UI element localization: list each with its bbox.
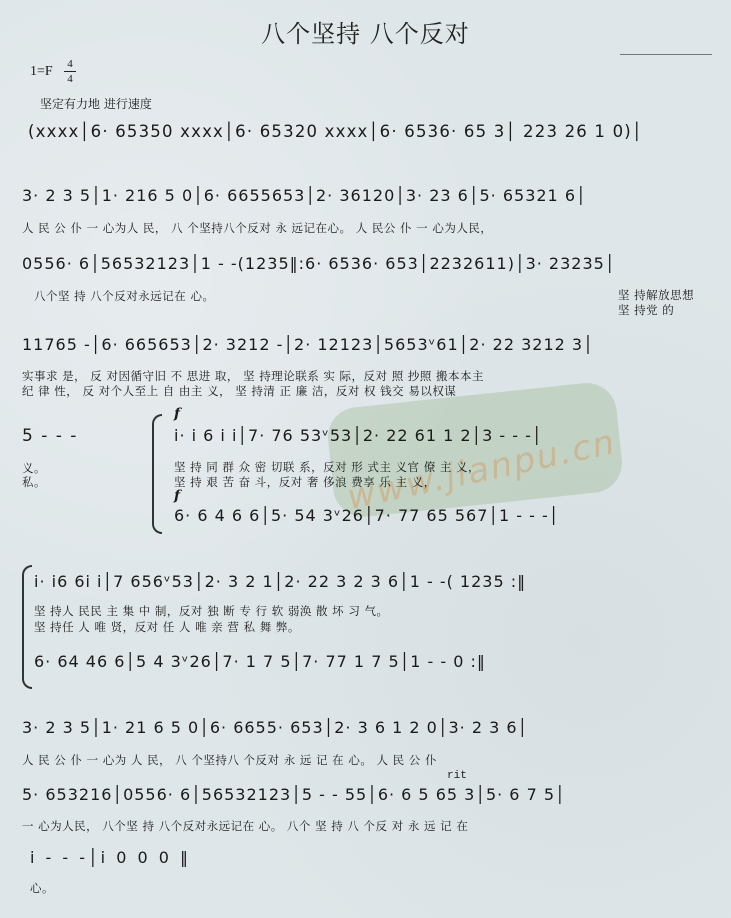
staff-7-notes: 5· 653216│0556· 6│56532123│5 - - 55│6· 6… — [22, 785, 566, 804]
decorative-line — [620, 54, 712, 55]
staff-6-notes: 3· 2 3 5│1· 21 6 5 0│6· 6655· 653│2· 3 6… — [22, 718, 528, 737]
staff-2-notes: 0556· 6│56532123│1 - -(1235‖:6· 6536· 65… — [22, 254, 615, 273]
staff-5-upper-lyrics-2: 坚 持任 人 唯 贤，反对 任 人 唯 亲 营 私 舞 弊。 — [34, 619, 300, 635]
time-signature-top: 4 — [64, 58, 76, 70]
song-title: 八个坚持 八个反对 — [0, 14, 731, 49]
staff-3-lyrics-verse1: 实事求 是， 反 对因循守旧 不 思进 取， 坚 持理论联系 实 际，反对 照 … — [22, 368, 484, 384]
staff-2-lyrics-verse1: 坚 持解放思想 — [618, 287, 694, 303]
staff-7-lyrics: 一 心为人民， 八个坚 持 八个反对永远记在 心。 八个 坚 持 八 个反 对 … — [22, 818, 468, 834]
staff-4-upper-notes: i· i 6 i i│7· 76 53ᵛ53│2· 22 61 1 2│3 - … — [174, 426, 543, 445]
staff-3-lyrics-verse2: 纪 律 性， 反 对个人至上 自 由主 义， 坚 持清 正 廉 洁，反对 权 钱… — [22, 383, 456, 399]
dynamic-forte-upper: f — [174, 406, 180, 422]
tempo-marking: 坚定有力地 进行速度 — [40, 95, 152, 112]
staff-5-lower-notes: 6· 64 46 6│5 4 3ᵛ26│7· 1 7 5│7· 77 1 7 5… — [34, 652, 486, 671]
time-signature-bottom: 4 — [64, 73, 76, 85]
key-signature: 1=F — [30, 64, 53, 80]
staff-1-lyrics: 人 民 公 仆 一 心为人 民， 八 个坚持八个反对 永 远记在心。 人 民公 … — [22, 220, 492, 236]
time-signature: 4 4 — [64, 58, 76, 85]
staff-4-lead-notes: 5 - - - — [22, 426, 78, 446]
part-brace-2 — [22, 565, 32, 689]
time-signature-divider — [64, 71, 76, 72]
staff-2-lyrics-verse2: 坚 持党 的 — [618, 302, 674, 318]
rit-marking: rit — [447, 770, 467, 782]
staff-intro-notes: (xxxx│6· 65350 xxxx│6· 65320 xxxx│6· 653… — [28, 122, 643, 141]
staff-4-lower-notes: 6· 6 4 6 6│5· 54 3ᵛ26│7· 77 65 567│1 - -… — [174, 506, 559, 525]
staff-5-upper-lyrics-1: 坚 持人 民民 主 集 中 制，反对 独 断 专 行 软 弱涣 散 坏 习 气。 — [34, 603, 389, 619]
dynamic-forte-lower: f — [174, 488, 180, 504]
staff-8-notes: i - - -│i 0 0 0 ‖ — [30, 848, 191, 867]
staff-4-upper-lyrics-1: 坚 持 同 群 众 密 切联 系，反对 形 式主 义官 僚 主 义， — [174, 459, 480, 475]
staff-4-upper-lyrics-2: 坚 持 艰 苦 奋 斗，反对 奢 侈浪 费享 乐 主 义， — [174, 474, 436, 490]
staff-6-lyrics: 人 民 公 仆 一 心为 人 民， 八 个坚持八 个反对 永 远 记 在 心。 … — [22, 752, 437, 768]
staff-2-lyrics: 八个坚 持 八个反对永远记在 心。 — [34, 288, 214, 304]
staff-8-lyrics: 心。 — [30, 880, 54, 896]
staff-4-lead-lyrics-2: 私。 — [22, 474, 46, 490]
staff-5-upper-notes: i· i6 6i i│7 656ᵛ53│2· 3 2 1│2· 22 3 2 3… — [34, 572, 526, 591]
part-brace — [152, 414, 162, 534]
staff-1-notes: 3· 2 3 5│1· 216 5 0│6· 6655653│2· 36120│… — [22, 186, 587, 205]
staff-3-notes: 11765 -│6· 665653│2· 3212 -│2· 12123│565… — [22, 335, 594, 354]
